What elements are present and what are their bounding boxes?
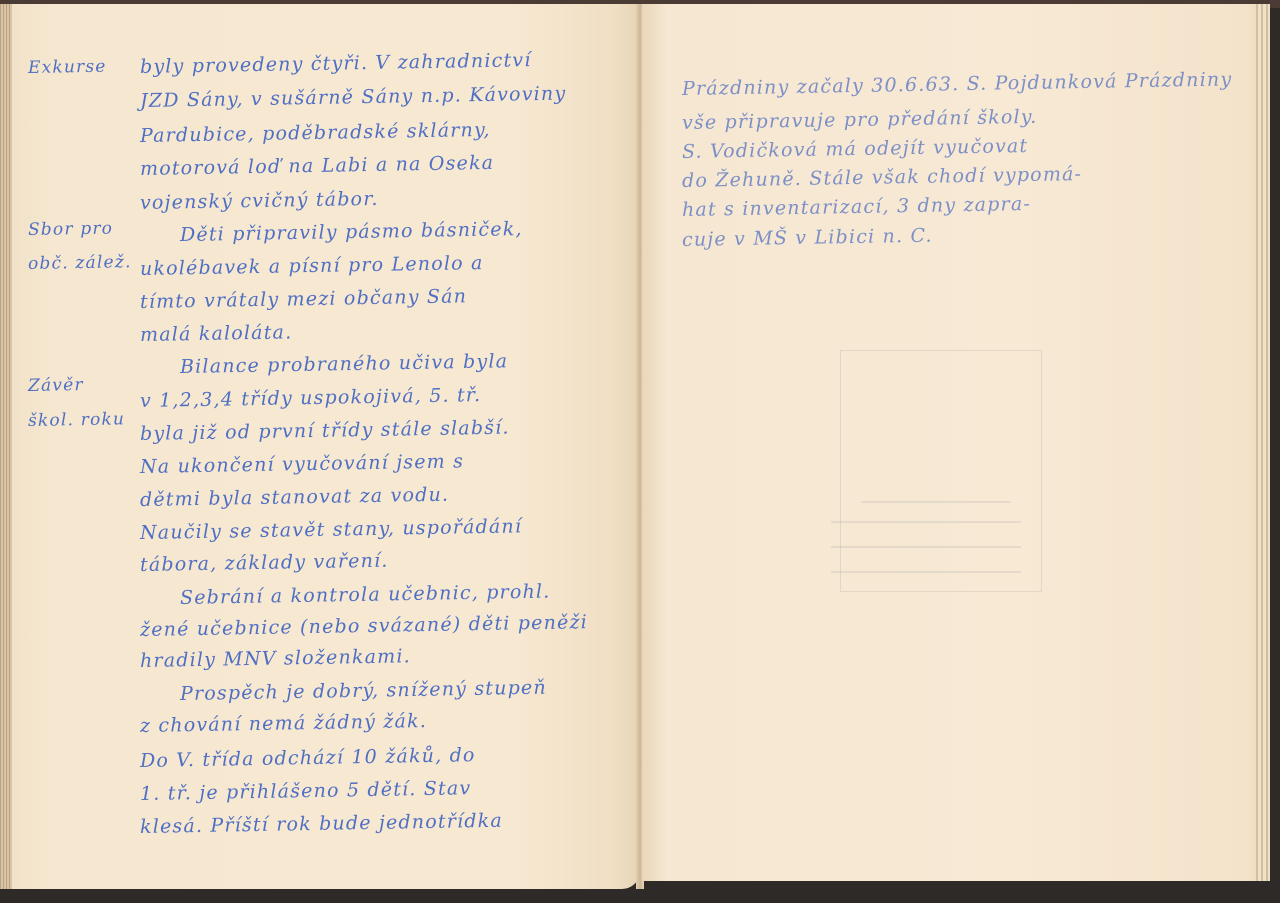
handwritten-line: cuje v MŠ v Libici n. C. [682, 225, 933, 251]
open-notebook: ExkurseSbor proobč. zálež.Závěrškol. rok… [0, 0, 1280, 903]
page-stack-edge-right [1256, 4, 1270, 881]
page-stack-edge-left [0, 4, 12, 889]
handwritten-line: Bilance probraného učiva byla [180, 350, 509, 378]
left-page: ExkurseSbor proobč. zálež.Závěrškol. rok… [0, 4, 640, 889]
handwritten-line: Do V. třída odchází 10 žáků, do [140, 744, 476, 772]
handwritten-line: malá kaloláta. [140, 321, 293, 346]
handwritten-line: Pardubice, poděbradské sklárny, [140, 119, 491, 147]
bleed-through-table [840, 350, 1042, 592]
handwritten-line: Na ukončení vyučování jsem s [140, 450, 464, 478]
margin-note: Závěr [28, 375, 84, 396]
margin-note: Exkurse [28, 57, 107, 78]
handwritten-line: tábora, základy vaření. [140, 550, 389, 576]
handwritten-line: ukolébavek a písní pro Lenolo a [140, 252, 484, 280]
handwritten-line: Děti připravily pásmo básniček, [180, 218, 523, 246]
handwritten-line: klesá. Příští rok bude jednotřídka [140, 810, 503, 838]
handwritten-line: Prázdniny začaly 30.6.63. S. Pojdunková … [682, 68, 1233, 100]
handwritten-line: do Žehuně. Stále však chodí vypomá- [682, 163, 1083, 192]
handwritten-line: hradily MNV složenkami. [140, 645, 411, 672]
handwritten-line: Naučily se stavět stany, uspořádání [140, 515, 523, 544]
handwritten-line: Prospěch je dobrý, snížený stupeň [180, 677, 547, 705]
handwritten-line: v 1,2,3,4 třídy uspokojivá, 5. tř. [140, 384, 482, 412]
handwritten-line: byly provedeny čtyři. V zahradnictví [140, 49, 532, 78]
handwritten-line: Sebrání a kontrola učebnic, prohl. [180, 581, 551, 609]
handwritten-line: vojenský cvičný tábor. [140, 188, 379, 214]
handwritten-line: tímto vrátaly mezi občany Sán [140, 285, 467, 313]
handwritten-line: JZD Sány, v sušárně Sány n.p. Kávoviny [140, 83, 567, 112]
margin-note: škol. roku [28, 409, 125, 431]
handwritten-line: 1. tř. je přihlášeno 5 dětí. Stav [140, 777, 472, 805]
margin-note: Sbor pro [28, 219, 113, 240]
handwritten-line: žené učebnice (nebo svázané) děti peněži [140, 611, 588, 641]
handwritten-line: S. Vodičková má odejít vyučovat [682, 135, 1029, 163]
handwritten-line: hat s inventarizací, 3 dny zapra- [682, 193, 1031, 221]
handwritten-line: byla již od první třídy stále slabší. [140, 417, 510, 445]
handwritten-line: motorová loď na Labi a na Oseka [140, 152, 495, 180]
margin-note: obč. zálež. [28, 252, 132, 274]
handwritten-line: dětmi byla stanovat za vodu. [140, 484, 450, 511]
handwritten-line: vše připravuje pro předání školy. [682, 106, 1038, 134]
handwritten-line: z chování nemá žádný žák. [140, 710, 427, 737]
